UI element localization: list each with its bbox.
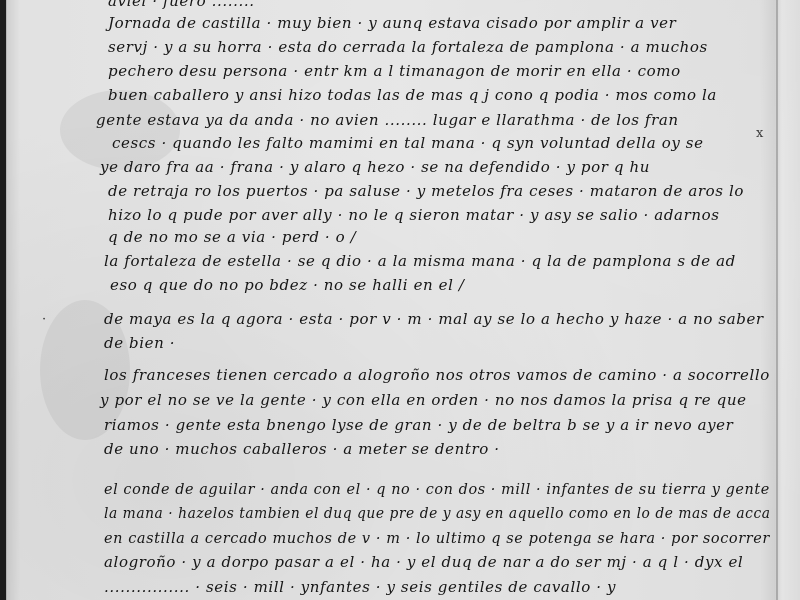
manuscript-line: el conde de aguilar · anda con el · q no… [104, 480, 770, 498]
manuscript-line: en castilla a cercado muchos de v · m · … [104, 529, 770, 547]
manuscript-line: alogroño · y a dorpo pasar a el · ha · y… [104, 553, 743, 571]
manuscript-line: y por el no se ve la gente · y con ella … [100, 391, 747, 409]
manuscript-line: riamos · gente esta bnengo lyse de gran … [104, 416, 733, 434]
manuscript-line: la fortaleza de estella · se q dio · a l… [104, 252, 736, 270]
manuscript-line: buen caballero y ansi hizo todas las de … [108, 86, 717, 104]
manuscript-line: de maya es la q agora · esta · por v · m… [104, 310, 764, 328]
manuscript-line: de retraja ro los puertos · pa saluse · … [108, 182, 744, 200]
manuscript-page: aviel · fuero ........ Jornada de castil… [0, 0, 800, 600]
margin-mark: · [42, 312, 47, 327]
manuscript-line: los franceses tienen cercado a alogroño … [104, 366, 770, 384]
page-edge-shadow [0, 0, 6, 600]
manuscript-line: de uno · muchos caballeros · a meter se … [104, 440, 500, 458]
page-fold-line [776, 0, 778, 600]
manuscript-line: hizo lo q pude por aver ally · no le q s… [108, 206, 720, 224]
manuscript-line: gente estava ya da anda · no avien .....… [96, 111, 679, 129]
manuscript-line: servj · y a su horra · esta do cerrada l… [108, 38, 708, 56]
manuscript-line: Jornada de castilla · muy bien · y aunq … [108, 14, 676, 32]
manuscript-line: de bien · [104, 334, 175, 352]
manuscript-line: pechero desu persona · entr km a l timan… [108, 62, 681, 80]
manuscript-line: q de no mo se a via · perd · o / [108, 228, 356, 246]
manuscript-line: aviel · fuero ........ [108, 0, 255, 10]
margin-mark: x [756, 126, 764, 141]
manuscript-line: la mana · hazelos tambien el duq que pre… [104, 504, 771, 522]
manuscript-line: ................ · seis · mill · ynfante… [104, 578, 616, 596]
manuscript-line: cescs · quando les falto mamimi en tal m… [112, 134, 704, 152]
manuscript-line: eso q que do no po bdez · no se halli en… [110, 276, 465, 294]
manuscript-line: ye daro fra aa · frana · y alaro q hezo … [100, 158, 650, 176]
